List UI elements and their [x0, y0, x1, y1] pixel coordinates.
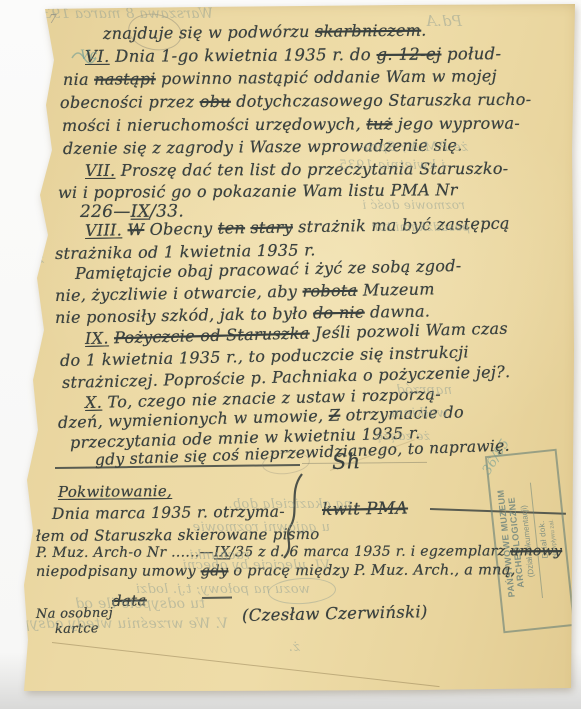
bleedthrough-line: kwietnia 1934 r. Pro- [0, 318, 28, 333]
bleedthrough-line: Warszawa 8 marca 1935. [28, 6, 213, 22]
dash-mark [202, 596, 232, 599]
bleedthrough-line: V. We wrześniu wtedy odsypcie ile o [0, 616, 228, 632]
stamp-number-handwritten: 36/85 [480, 436, 513, 477]
body-line: nie, życzliwie i otwarcie, aby robota Mu… [55, 279, 435, 305]
body-line: 226—IX/33. [80, 201, 184, 222]
paper-crease-small [330, 439, 415, 471]
stamp-entry-label: Nr wpływu zał. [542, 456, 565, 622]
body-line: wi i poprosić go o pokazanie Wam listu P… [58, 180, 458, 202]
bleedthrough-line: na okaziciela dob. [228, 497, 352, 512]
bleedthrough-line: podusnkami 25 [0, 177, 34, 192]
bleedthrough-line: m. Staruszek, [0, 274, 36, 289]
body-line: X. To, czego nie znacie z ustaw i rozpor… [85, 384, 441, 412]
postscript-line: kwit PMA [322, 498, 408, 519]
body-line: strażniczej. Poproście p. Pachniaka o po… [62, 362, 511, 392]
body-line: Pamiętajcie obaj pracować i żyć ze sobą … [75, 256, 462, 283]
body-line: dzenie się z zagrody i Wasze wprowadzeni… [63, 136, 463, 158]
divider-line [55, 464, 300, 469]
bleedthrough-line: wolne orgie: [0, 296, 40, 311]
bleedthrough-line: żona udała się [0, 252, 44, 267]
signature: (Czesław Czerwiński) [242, 602, 428, 625]
bleedthrough-line: VI. ulecicie by obecni [182, 558, 330, 573]
body-line: VI. Dnia 1-go kwietnia 1935 r. do g. 12-… [85, 44, 501, 66]
stamp-section: Dział dok. [530, 457, 556, 623]
paper-crease [52, 642, 440, 687]
postscript-line: niepodpisany umowy gdy o pracę między P.… [36, 562, 516, 580]
paper-shadow: PAŃSTWOWE MUZEUM ARCHEOLOGICZNE (Dział d… [0, 0, 581, 709]
bleed-oval [267, 576, 336, 606]
bleedthrough-line: rachunki [189, 548, 250, 563]
margin-note: Na osobnej [36, 606, 113, 622]
body-line: VII. Proszę dać ten list do przeczytania… [85, 159, 509, 180]
bleedthrough-line: tu odsypcie ile od [75, 596, 205, 612]
postscript-line: Dnia marca 1935 r. otrzyma- [52, 503, 285, 523]
initials: Sh [332, 449, 361, 474]
postscript-line: łem od Staruszka skierowane pismo [36, 525, 320, 545]
body-line: dzeń, wymienionych w umowie, Z otrzymaci… [58, 402, 464, 432]
body-line: przeczytania ode mnie w kwietniu 1935 r. [70, 423, 421, 452]
brace-mark [280, 472, 310, 562]
bleedthrough-line: -i kwietnia 1935. [335, 158, 451, 173]
bleedthrough-line: Pd.A [426, 12, 463, 30]
bleedthrough-line: kamienie dać i [0, 155, 40, 170]
bleedthrough-line: -wnia; kartofle. [0, 362, 28, 377]
bleedthrough-line: u gajowni rozmowie [192, 520, 330, 535]
bleedthrough-line: posadzkami tor [372, 220, 470, 234]
body-line: do 1 kwietnia 1935 r., to poduczcie się … [60, 342, 469, 370]
divider-line-faint [302, 462, 427, 464]
postscript-heading: Pokwitowanie, [58, 482, 172, 501]
bleedthrough-line: ż. [288, 640, 300, 655]
body-line: gdy stanie się coś nieprzewidzianego, to… [95, 437, 510, 469]
bleedthrough-line: wozu na połowy; t.j. lodzi [135, 582, 310, 597]
page-number-pencil: ( 7 [40, 12, 57, 26]
bleedthrough-line: naprzód [396, 383, 452, 398]
body-line: nia nastąpi powinno nastąpić oddanie Wam… [63, 66, 497, 89]
museum-stamp: PAŃSTWOWE MUZEUM ARCHEOLOGICZNE (Dział d… [485, 449, 575, 634]
margin-note: kartce [55, 621, 99, 637]
stamp-institution: PAŃSTWOWE MUZEUM ARCHEOLOGICZNE [492, 459, 529, 626]
strike-line [430, 508, 566, 515]
body-line: mości i nieruchomości urzędowych, tuż je… [62, 114, 520, 135]
bleedthrough-line: nieuprawowane [0, 340, 34, 355]
bleedthrough-line: rozmowie dość i [362, 198, 465, 212]
pencil-circle [125, 10, 184, 55]
stamp-department: (Dział dokumentacji) [514, 458, 540, 624]
postscript-line: data [112, 591, 147, 610]
body-line: obecności przez obu dotychczasowego Star… [60, 90, 532, 112]
pencil-oval [261, 450, 311, 477]
bleedthrough-line: czesk, za pomo- [0, 384, 34, 399]
bleedthrough-line: -1 kwietnia 1935 r. [0, 407, 24, 422]
bleedthrough-line: wałkiem. [386, 406, 448, 421]
body-line: IX. Pożyczcie od Staruszka Jeśli pozwoli… [85, 319, 508, 348]
paper-sheet: PAŃSTWOWE MUZEUM ARCHEOLOGICZNE (Dział d… [0, 0, 581, 709]
stamp-rule [530, 482, 543, 598]
body-line: nie ponosiły szkód, jak to było do nie d… [55, 301, 431, 327]
pencil-scribble: Vc [80, 48, 97, 63]
postscript-line: P. Muz. Arch-o Nr ......—IX/35 z d. 6 ma… [36, 543, 562, 561]
bleedthrough-line: że P.M.A.; Spra- [359, 140, 468, 155]
teal-scribble-icon [72, 50, 100, 64]
bleedthrough-line: że zdążę. [372, 429, 430, 443]
scanned-document: PAŃSTWOWE MUZEUM ARCHEOLOGICZNE (Dział d… [0, 0, 581, 709]
body-line: znajduje się w podwórzu skarbniczem. [103, 21, 427, 43]
body-line: VIII. W Obecny ten stary strażnik ma być… [85, 214, 510, 240]
body-line: strażnika od 1 kwietnia 1935 r. [55, 240, 316, 263]
